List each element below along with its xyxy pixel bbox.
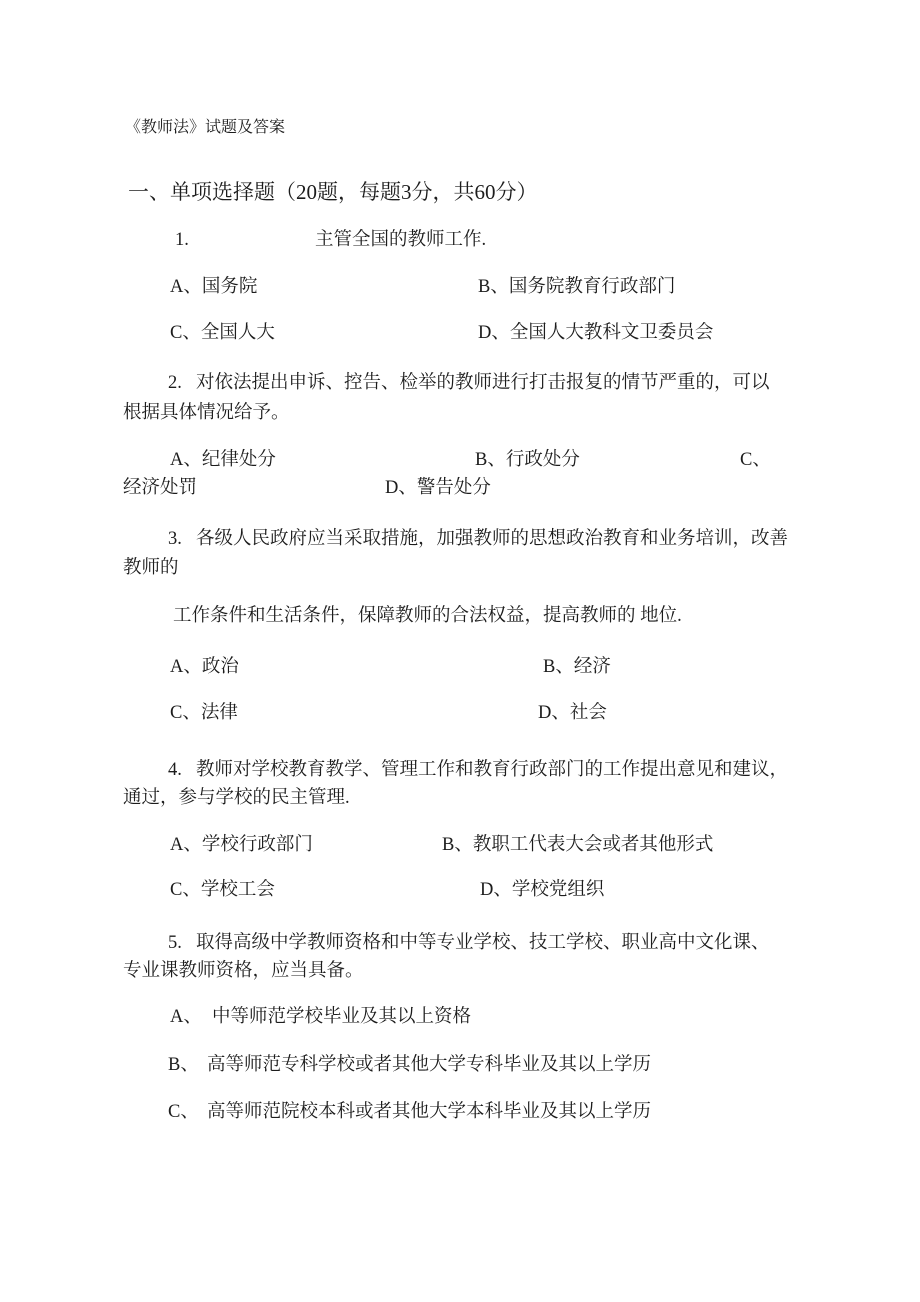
q5-option-a-text: 中等师范学校毕业及其以上资格 bbox=[212, 1005, 471, 1029]
q5-option-c-line: C、 高等师范院校本科或者其他大学本科毕业及其以上学历 bbox=[0, 1100, 920, 1126]
q5-option-c-text: 高等师范院校本科或者其他大学本科毕业及其以上学历 bbox=[207, 1100, 651, 1124]
q1-number: 1. bbox=[175, 228, 189, 252]
q3-option-d: D、社会 bbox=[538, 701, 607, 725]
q2-option-c-text: 经济处罚 bbox=[123, 476, 197, 500]
q4-number: 4. bbox=[168, 758, 182, 782]
q3-stem-text-1: 各级人民政府应当采取措施，加强教师的思想政治教育和业务培训，改善 bbox=[196, 527, 788, 551]
q3-option-b: B、经济 bbox=[543, 655, 611, 679]
q2-option-d: D、警告处分 bbox=[385, 476, 491, 500]
q1-option-a: A、国务院 bbox=[170, 275, 257, 299]
q4-stem-text-1: 教师对学校教育教学、管理工作和教育行政部门的工作提出意见和建议， bbox=[196, 758, 788, 782]
q2-number: 2. bbox=[168, 371, 182, 395]
q1-stem-line: 1. 主管全国的教师工作. bbox=[0, 228, 920, 254]
q5-option-a-label: A、 bbox=[170, 1005, 202, 1029]
q2-stem-line-2: 根据具体情况给予。 bbox=[0, 401, 920, 427]
q4-options-row-1: A、学校行政部门 B、教职工代表大会或者其他形式 bbox=[0, 833, 920, 859]
q3-option-a: A、政治 bbox=[170, 655, 239, 679]
q5-option-a-line: A、 中等师范学校毕业及其以上资格 bbox=[0, 1005, 920, 1031]
q1-stem-text: 主管全国的教师工作. bbox=[315, 228, 486, 252]
q3-stem-line-3: 工作条件和生活条件，保障教师的合法权益，提高教师的 地位. bbox=[0, 604, 920, 630]
q4-option-b: B、教职工代表大会或者其他形式 bbox=[442, 833, 713, 857]
doc-title-line: 《教师法》试题及答案 bbox=[0, 116, 920, 142]
q4-option-a: A、学校行政部门 bbox=[170, 833, 313, 857]
q3-number: 3. bbox=[168, 527, 182, 551]
q2-options-row-1: A、纪律处分 B、行政处分 C、 bbox=[0, 448, 920, 474]
section-heading: 一、单项选择题（20题，每题3分，共60分） bbox=[128, 180, 538, 204]
q4-option-d: D、学校党组织 bbox=[480, 878, 604, 902]
q5-stem-text-1: 取得高级中学教师资格和中等专业学校、技工学校、职业高中文化课、 bbox=[196, 931, 770, 955]
q5-option-b-text: 高等师范专科学校或者其他大学专科毕业及其以上学历 bbox=[207, 1053, 651, 1077]
q2-option-c-label: C、 bbox=[740, 448, 771, 472]
q5-stem-text-2: 专业课教师资格，应当具备。 bbox=[123, 959, 364, 983]
q2-stem-text-1: 对依法提出申诉、控告、检举的教师进行打击报复的情节严重的，可以 bbox=[196, 371, 770, 395]
q5-option-b-label: B、 bbox=[168, 1053, 199, 1077]
q1-option-c: C、全国人大 bbox=[170, 321, 275, 345]
q4-stem-line-2: 通过，参与学校的民主管理. bbox=[0, 786, 920, 812]
q5-number: 5. bbox=[168, 931, 182, 955]
q3-options-row-2: C、法律 D、社会 bbox=[0, 701, 920, 727]
q2-stem-text-2: 根据具体情况给予。 bbox=[123, 401, 290, 425]
q4-stem-text-2: 通过，参与学校的民主管理. bbox=[123, 786, 350, 810]
q5-stem-line-1: 5. 取得高级中学教师资格和中等专业学校、技工学校、职业高中文化课、 bbox=[0, 931, 920, 957]
q4-option-c: C、学校工会 bbox=[170, 878, 275, 902]
q3-option-c: C、法律 bbox=[170, 701, 238, 725]
q2-options-row-2: 经济处罚 D、警告处分 bbox=[0, 476, 920, 502]
q3-stem-text-2: 教师的 bbox=[123, 556, 179, 580]
q1-option-b: B、国务院教育行政部门 bbox=[478, 275, 675, 299]
q5-option-b-line: B、 高等师范专科学校或者其他大学专科毕业及其以上学历 bbox=[0, 1053, 920, 1079]
q3-stem-line-2: 教师的 bbox=[0, 556, 920, 582]
q1-options-row-2: C、全国人大 D、全国人大教科文卫委员会 bbox=[0, 321, 920, 347]
q4-options-row-2: C、学校工会 D、学校党组织 bbox=[0, 878, 920, 904]
q5-stem-line-2: 专业课教师资格，应当具备。 bbox=[0, 959, 920, 985]
doc-title: 《教师法》试题及答案 bbox=[125, 116, 285, 140]
section-heading-line: 一、单项选择题（20题，每题3分，共60分） bbox=[0, 180, 920, 206]
q3-stem-text-3: 工作条件和生活条件，保障教师的合法权益，提高教师的 地位. bbox=[173, 604, 682, 628]
q2-option-b: B、行政处分 bbox=[475, 448, 580, 472]
q1-options-row-1: A、国务院 B、国务院教育行政部门 bbox=[0, 275, 920, 301]
q2-option-a: A、纪律处分 bbox=[170, 448, 276, 472]
document-page: 《教师法》试题及答案 一、单项选择题（20题，每题3分，共60分） 1. 主管全… bbox=[0, 0, 920, 1302]
q3-options-row-1: A、政治 B、经济 bbox=[0, 655, 920, 681]
q4-stem-line-1: 4. 教师对学校教育教学、管理工作和教育行政部门的工作提出意见和建议， bbox=[0, 758, 920, 784]
q5-option-c-label: C、 bbox=[168, 1100, 199, 1124]
q2-stem-line-1: 2. 对依法提出申诉、控告、检举的教师进行打击报复的情节严重的，可以 bbox=[0, 371, 920, 397]
q3-stem-line-1: 3. 各级人民政府应当采取措施，加强教师的思想政治教育和业务培训，改善 bbox=[0, 527, 920, 553]
q1-option-d: D、全国人大教科文卫委员会 bbox=[478, 321, 713, 345]
